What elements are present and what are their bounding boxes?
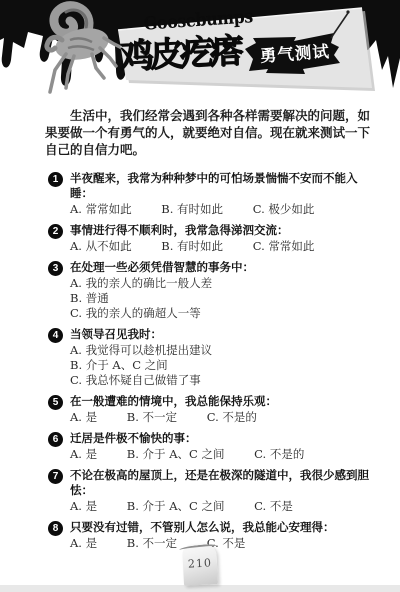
tombstone-page-number-graphic: 210: [182, 543, 218, 586]
option-c: C. 不是的: [207, 410, 257, 424]
question-text: 只要没有过错，不管别人怎么说，我总能心安理得：: [70, 521, 378, 536]
question-text: 不论在极高的屋顶上，还是在极深的隧道中，我很少感到胆怯：: [70, 469, 378, 499]
question-number-badge: 4: [48, 328, 63, 343]
question-text: 在处理一些必须凭借智慧的事务中：: [70, 261, 378, 276]
book-page: { "header": { "brand_logo": "Goosebumps"…: [0, 0, 400, 592]
question-text: 半夜醒来，我常为种种梦中的可怕场景惴惴不安而不能入睡：: [70, 172, 378, 202]
option-c: C. 我总怀疑自己做错了事: [70, 373, 378, 388]
question-body: 在一般遭难的情境中，我总能保持乐观： A. 是 B. 不一定 C. 不是的: [70, 395, 378, 425]
option-a: A. 是: [70, 536, 97, 550]
question-5: 5 在一般遭难的情境中，我总能保持乐观： A. 是 B. 不一定 C. 不是的: [48, 395, 378, 425]
option-b: B. 介于 A、C 之间: [127, 447, 225, 461]
option-a: A. 常常如此: [70, 202, 132, 216]
question-number-badge: 6: [48, 432, 63, 447]
question-2: 2 事情进行得不顺利时，我常急得涕泗交流： A. 从不如此 B. 有时如此 C.…: [48, 224, 378, 254]
option-a: A. 是: [70, 499, 97, 513]
option-a: A. 我的亲人的确比一般人差: [70, 276, 378, 291]
option-a: A. 是: [70, 447, 97, 461]
option-b: B. 介于 A、C 之间: [70, 358, 378, 373]
options-row: A. 是 B. 不一定 C. 不是的: [70, 410, 378, 425]
option-a: A. 是: [70, 410, 97, 424]
option-a: A. 从不如此: [70, 239, 132, 253]
intro-paragraph: 生活中，我们经常会遇到各种各样需要解决的问题，如果要做一个有勇气的人，就要绝对自…: [45, 108, 374, 159]
question-body: 在处理一些必须凭借智慧的事务中： A. 我的亲人的确比一般人差 B. 普通 C.…: [70, 261, 378, 321]
question-body: 迁居是件极不愉快的事： A. 是 B. 介于 A、C 之间 C. 不是的: [70, 432, 378, 462]
page-number: 210: [183, 556, 218, 571]
question-text: 事情进行得不顺利时，我常急得涕泗交流：: [70, 224, 378, 239]
option-c: C. 不是: [254, 499, 293, 513]
options-row: A. 是 B. 不一定 C. 不是: [70, 536, 378, 551]
question-4: 4 当领导召见我时： A. 我觉得可以趁机提出建议 B. 介于 A、C 之间 C…: [48, 328, 378, 388]
options-row: A. 是 B. 介于 A、C 之间 C. 不是的: [70, 447, 378, 462]
option-c: C. 极少如此: [253, 202, 315, 216]
question-number-badge: 7: [48, 469, 63, 484]
question-number-badge: 2: [48, 224, 63, 239]
options-list: A. 我的亲人的确比一般人差 B. 普通 C. 我的亲人的确超人一等: [70, 276, 378, 321]
question-body: 当领导召见我时： A. 我觉得可以趁机提出建议 B. 介于 A、C 之间 C. …: [70, 328, 378, 388]
option-b: B. 不一定: [127, 536, 177, 550]
options-row: A. 从不如此 B. 有时如此 C. 常常如此: [70, 239, 378, 254]
question-body: 只要没有过错，不管别人怎么说，我总能心安理得： A. 是 B. 不一定 C. 不…: [70, 521, 378, 551]
option-c: C. 常常如此: [253, 239, 315, 253]
question-1: 1 半夜醒来，我常为种种梦中的可怕场景惴惴不安而不能入睡： A. 常常如此 B.…: [48, 172, 378, 217]
options-row: A. 常常如此 B. 有时如此 C. 极少如此: [70, 202, 378, 217]
option-c: C. 不是的: [254, 447, 304, 461]
page-content: 生活中，我们经常会遇到各种各样需要解决的问题，如果要做一个有勇气的人，就要绝对自…: [0, 100, 400, 558]
option-b: B. 有时如此: [161, 239, 223, 253]
question-body: 半夜醒来，我常为种种梦中的可怕场景惴惴不安而不能入睡： A. 常常如此 B. 有…: [70, 172, 378, 217]
option-b: B. 介于 A、C 之间: [127, 499, 225, 513]
question-6: 6 迁居是件极不愉快的事： A. 是 B. 介于 A、C 之间 C. 不是的: [48, 432, 378, 462]
question-text: 在一般遭难的情境中，我总能保持乐观：: [70, 395, 378, 410]
option-b: B. 普通: [70, 291, 378, 306]
question-number-badge: 1: [48, 172, 63, 187]
quiz-list: 1 半夜醒来，我常为种种梦中的可怕场景惴惴不安而不能入睡： A. 常常如此 B.…: [48, 172, 378, 551]
question-number-badge: 5: [48, 395, 63, 410]
question-body: 不论在极高的屋顶上，还是在极深的隧道中，我很少感到胆怯： A. 是 B. 介于 …: [70, 469, 378, 514]
question-text: 当领导召见我时：: [70, 328, 378, 343]
options-row: A. 是 B. 介于 A、C 之间 C. 不是: [70, 499, 378, 514]
question-number-badge: 3: [48, 261, 63, 276]
options-list: A. 我觉得可以趁机提出建议 B. 介于 A、C 之间 C. 我总怀疑自己做错了…: [70, 343, 378, 388]
series-title: 鸡皮疙瘩: [119, 22, 260, 78]
option-b: B. 不一定: [127, 410, 177, 424]
question-7: 7 不论在极高的屋顶上，还是在极深的隧道中，我很少感到胆怯： A. 是 B. 介…: [48, 469, 378, 514]
header-banner: Goosebumps 鸡皮疙瘩 勇气测试: [0, 0, 400, 100]
option-c: C. 我的亲人的确超人一等: [70, 306, 378, 321]
question-number-badge: 8: [48, 521, 63, 536]
option-a: A. 我觉得可以趁机提出建议: [70, 343, 378, 358]
option-b: B. 有时如此: [161, 202, 223, 216]
question-3: 3 在处理一些必须凭借智慧的事务中： A. 我的亲人的确比一般人差 B. 普通 …: [48, 261, 378, 321]
question-body: 事情进行得不顺利时，我常急得涕泗交流： A. 从不如此 B. 有时如此 C. 常…: [70, 224, 378, 254]
page-bottom-edge: [0, 585, 400, 592]
question-text: 迁居是件极不愉快的事：: [70, 432, 378, 447]
